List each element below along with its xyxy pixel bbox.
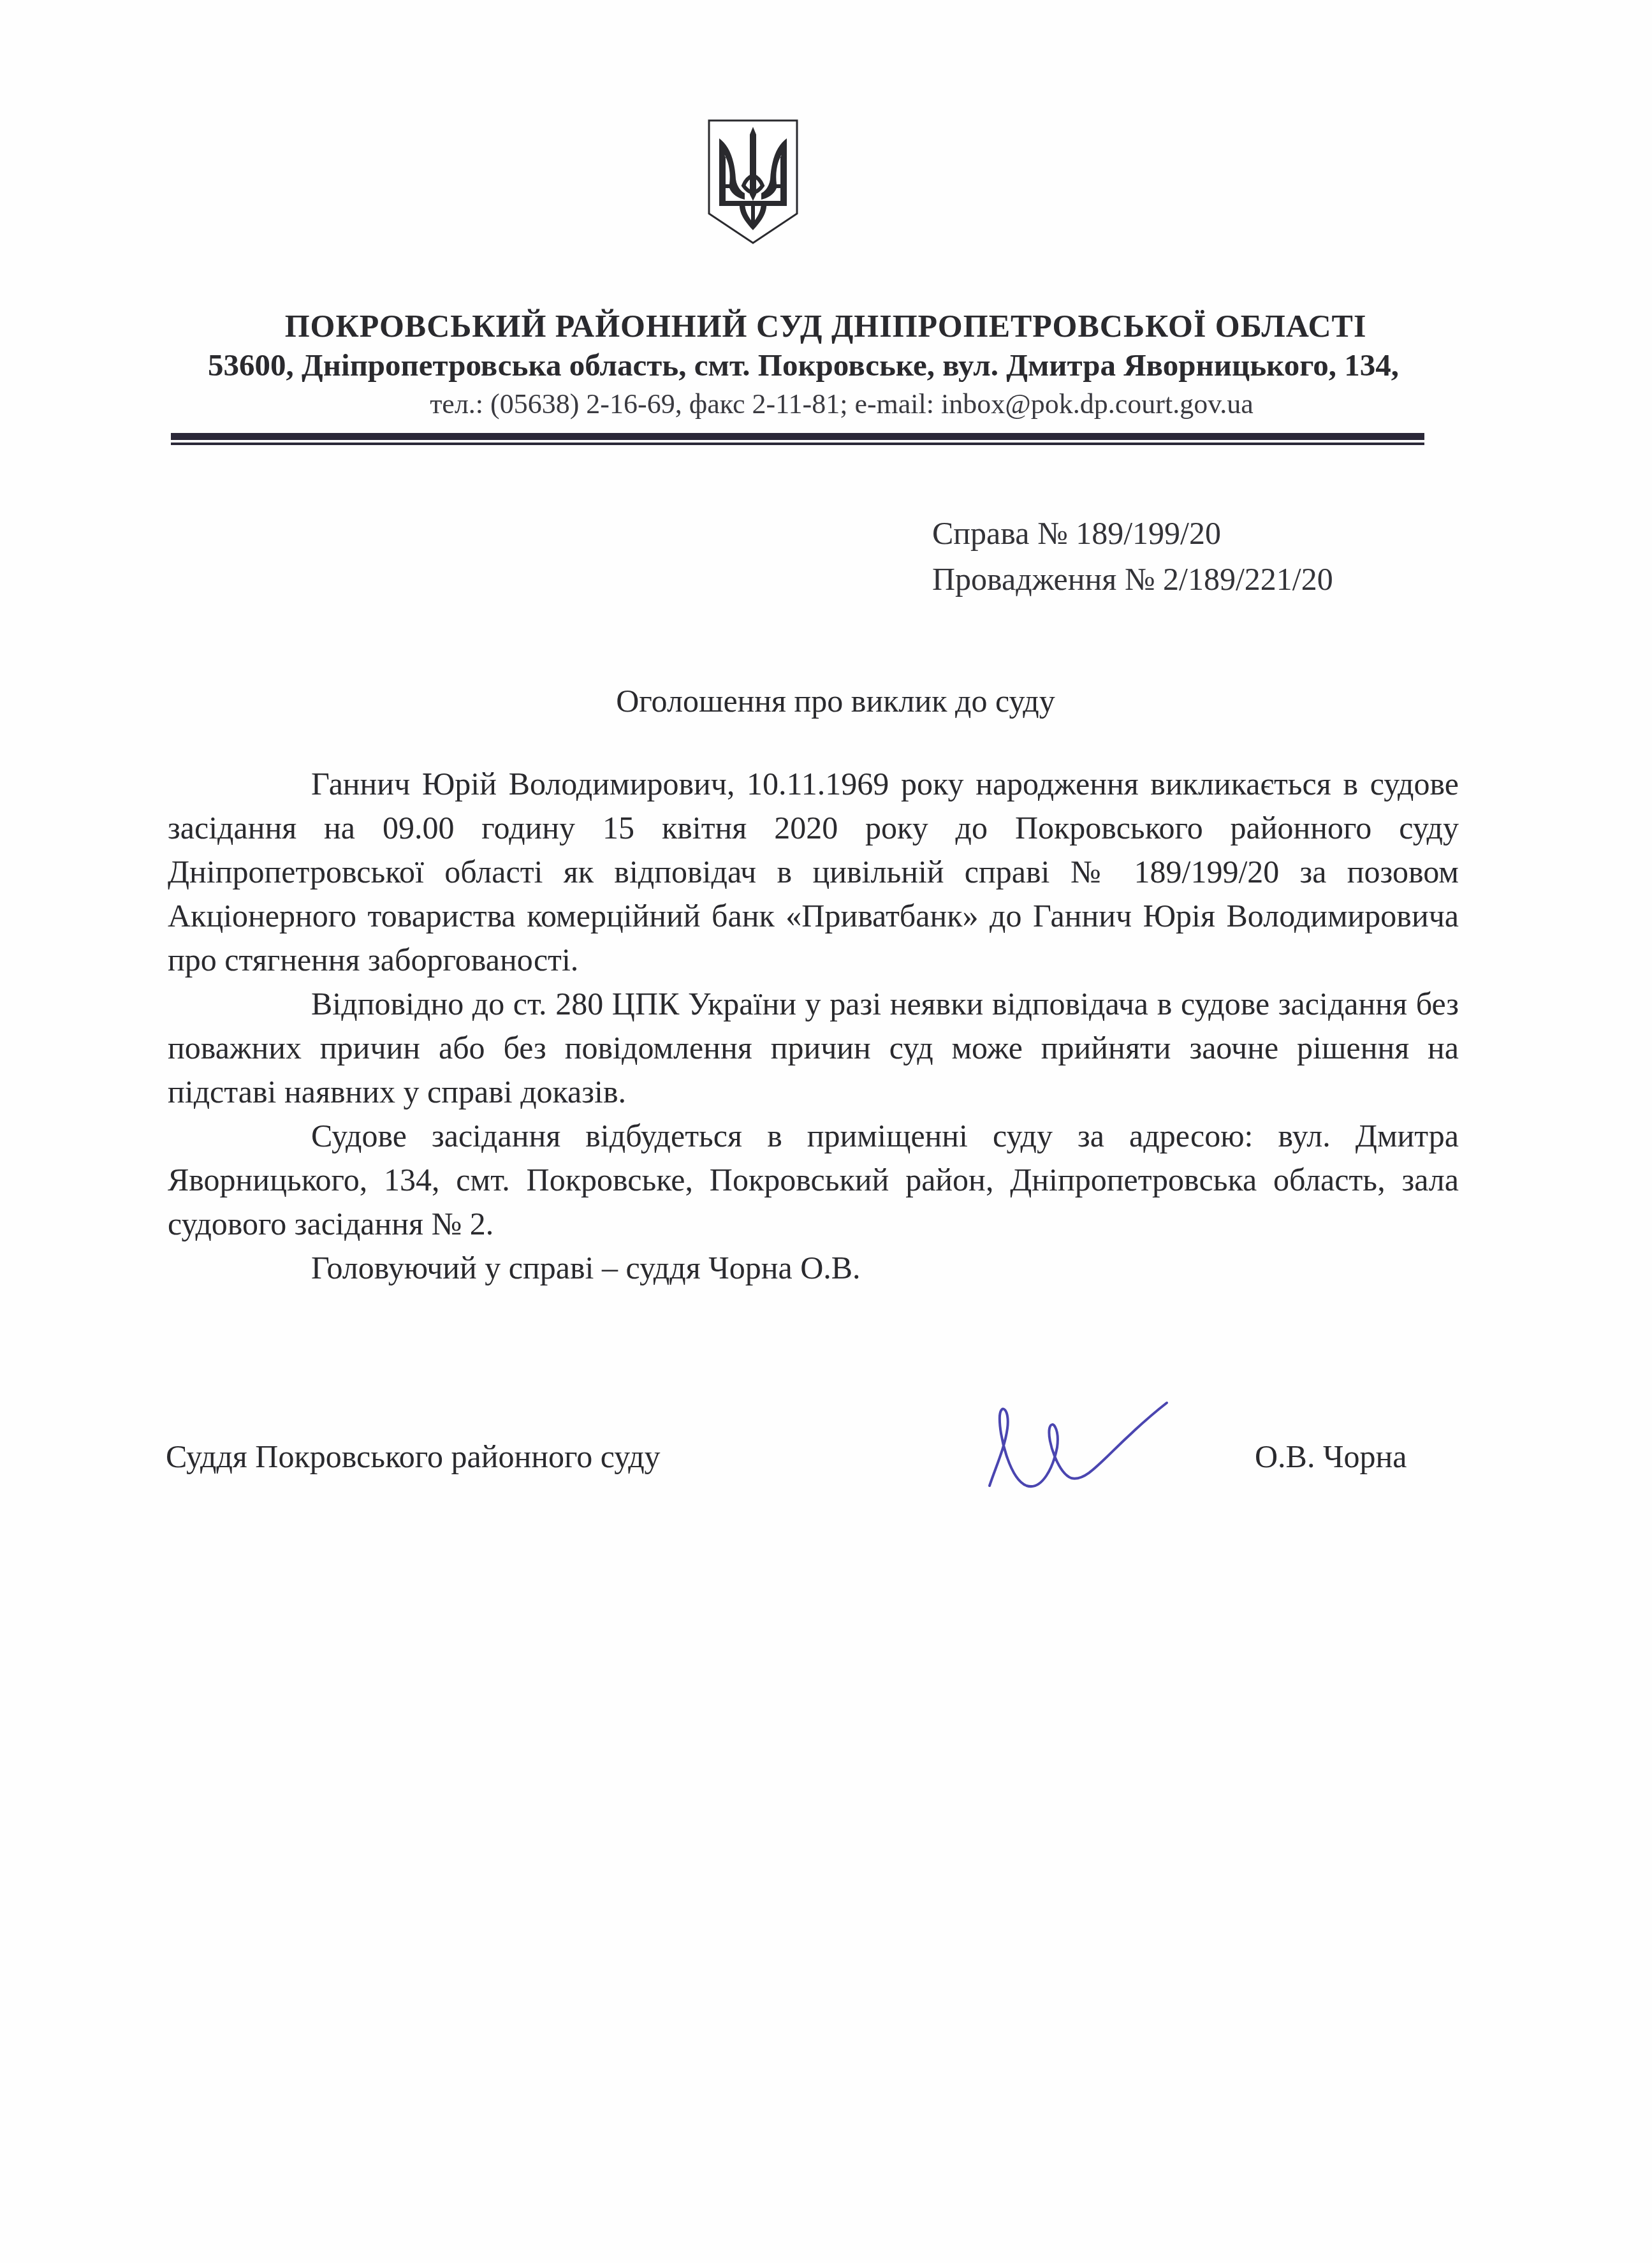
court-name: ПОКРОВСЬКИЙ РАЙОННИЙ СУД ДНІПРОПЕТРОВСЬК… [166, 306, 1441, 346]
court-address: 53600, Дніпропетровська область, смт. По… [166, 346, 1441, 385]
signer-position: Суддя Покровського районного суду [166, 1438, 661, 1475]
court-contacts: тел.: (05638) 2-16-69, факс 2-11-81; e-m… [166, 385, 1441, 423]
paragraph-legal-basis: Відповідно до ст. 280 ЦПК України у разі… [168, 982, 1459, 1114]
notice-body: Ганнич Юрій Володимирович, 10.11.1969 ро… [168, 762, 1459, 1290]
letterhead-divider-thin [171, 443, 1424, 445]
document-page: ПОКРОВСЬКИЙ РАЙОННИЙ СУД ДНІПРОПЕТРОВСЬК… [0, 0, 1652, 2263]
paragraph-venue: Судове засідання відбудеться в приміщенн… [168, 1114, 1459, 1246]
paragraph-presiding-judge: Головуючий у справі – суддя Чорна О.В. [168, 1246, 1459, 1290]
ukraine-coat-of-arms-icon [706, 118, 800, 245]
case-reference: Справа № 189/199/20 Провадження № 2/189/… [932, 510, 1333, 602]
paragraph-summons: Ганнич Юрій Володимирович, 10.11.1969 ро… [168, 762, 1459, 982]
court-letterhead: ПОКРОВСЬКИЙ РАЙОННИЙ СУД ДНІПРОПЕТРОВСЬК… [166, 306, 1441, 423]
letterhead-divider-thick [171, 433, 1424, 440]
signer-name: О.В. Чорна [1255, 1438, 1407, 1475]
signature-block: Суддя Покровського районного суду О.В. Ч… [166, 1438, 1441, 1514]
handwritten-signature-icon [982, 1390, 1173, 1505]
document-title: Оголошення про виклик до суду [0, 682, 1652, 719]
case-number: Справа № 189/199/20 [932, 510, 1333, 556]
proceeding-number: Провадження № 2/189/221/20 [932, 556, 1333, 602]
